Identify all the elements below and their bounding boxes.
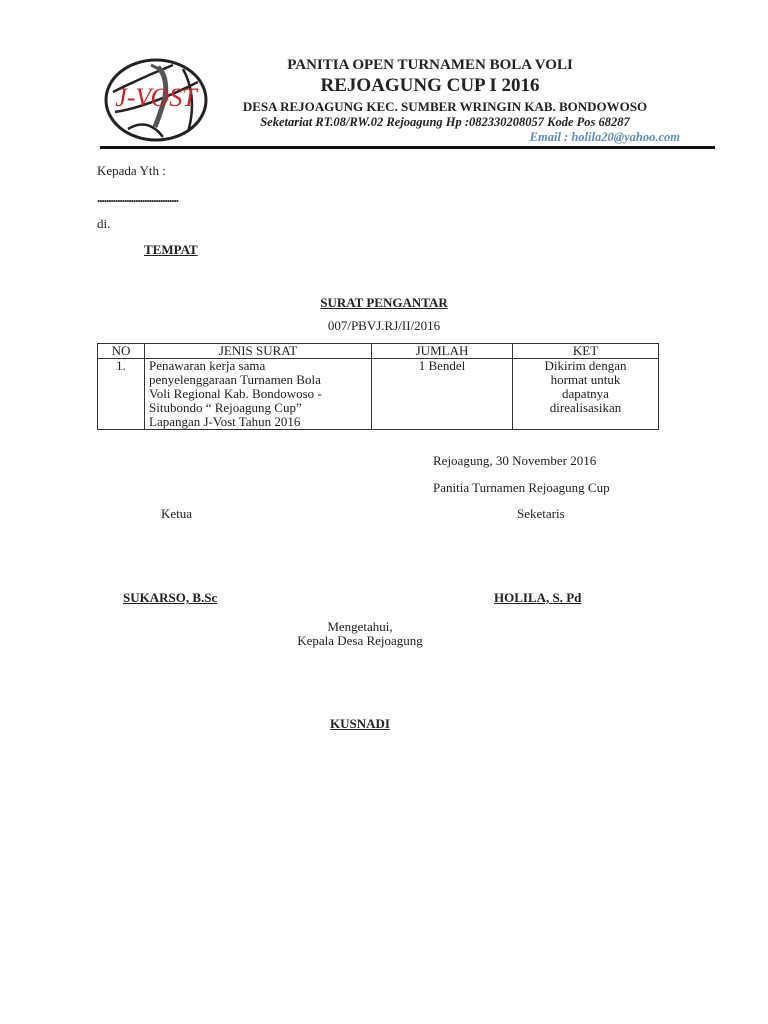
header-title: REJOAGUNG CUP I 2016 bbox=[220, 75, 640, 97]
header-divider bbox=[100, 146, 715, 149]
cell-ket-line: Dikirim dengan bbox=[517, 359, 654, 373]
committee-name: Panitia Turnamen Rejoagung Cup bbox=[433, 480, 610, 496]
table-header-row: NO JENIS SURAT JUMLAH KET bbox=[98, 344, 659, 359]
cell-ket-line: dapatnya bbox=[517, 387, 654, 401]
col-header-ket: KET bbox=[513, 344, 659, 359]
letter-number: 007/PBVJ.RJ/II/2016 bbox=[0, 318, 768, 334]
recipient-name-blank: .................................... bbox=[97, 190, 178, 206]
cell-jenis-line: penyelenggaraan Turnamen Bola bbox=[149, 373, 367, 387]
col-header-jumlah: JUMLAH bbox=[372, 344, 513, 359]
cell-jenis-line: Penawaran kerja sama bbox=[149, 359, 367, 373]
svg-text:J-VOST: J-VOST bbox=[115, 83, 198, 112]
col-header-jenis: JENIS SURAT bbox=[145, 344, 372, 359]
recipient-di: di. bbox=[97, 216, 110, 232]
signer-village-head: KUSNADI bbox=[210, 716, 510, 732]
letter-title: SURAT PENGANTAR bbox=[0, 295, 768, 311]
signer-chairman: SUKARSO, B.Sc bbox=[123, 590, 217, 606]
cell-jumlah: 1 Bendel bbox=[372, 359, 513, 430]
cell-jenis-line: Lapangan J-Vost Tahun 2016 bbox=[149, 415, 367, 429]
role-chairman: Ketua bbox=[161, 506, 192, 522]
cell-jenis: Penawaran kerja sama penyelenggaraan Tur… bbox=[145, 359, 372, 430]
signer-secretary: HOLILA, S. Pd bbox=[494, 590, 581, 606]
place-date: Rejoagung, 30 November 2016 bbox=[433, 453, 596, 469]
header-address: DESA REJOAGUNG KEC. SUMBER WRINGIN KAB. … bbox=[215, 99, 675, 115]
document-table: NO JENIS SURAT JUMLAH KET 1. Penawaran k… bbox=[97, 343, 659, 430]
cell-jenis-line: Situbondo “ Rejoagung Cup” bbox=[149, 401, 367, 415]
header-email: Email : holila20@yahoo.com bbox=[480, 130, 680, 145]
header-secretariat: Seketariat RT.08/RW.02 Rejoagung Hp :082… bbox=[215, 115, 675, 130]
cell-ket: Dikirim dengan hormat untuk dapatnya dir… bbox=[513, 359, 659, 430]
cell-jenis-line: Voli Regional Kab. Bondowoso - bbox=[149, 387, 367, 401]
cell-no: 1. bbox=[98, 359, 145, 430]
recipient-to: Kepada Yth : bbox=[97, 163, 166, 179]
role-secretary: Seketaris bbox=[517, 506, 565, 522]
col-header-no: NO bbox=[98, 344, 145, 359]
jvost-logo: J-VOST bbox=[103, 57, 209, 143]
recipient-place: TEMPAT bbox=[144, 242, 198, 258]
cell-ket-line: hormat untuk bbox=[517, 373, 654, 387]
table-row: 1. Penawaran kerja sama penyelenggaraan … bbox=[98, 359, 659, 430]
header-line-1: PANITIA OPEN TURNAMEN BOLA VOLI bbox=[220, 57, 640, 74]
acknowledge-role: Kepala Desa Rejoagung bbox=[210, 633, 510, 649]
cell-ket-line: direalisasikan bbox=[517, 401, 654, 415]
